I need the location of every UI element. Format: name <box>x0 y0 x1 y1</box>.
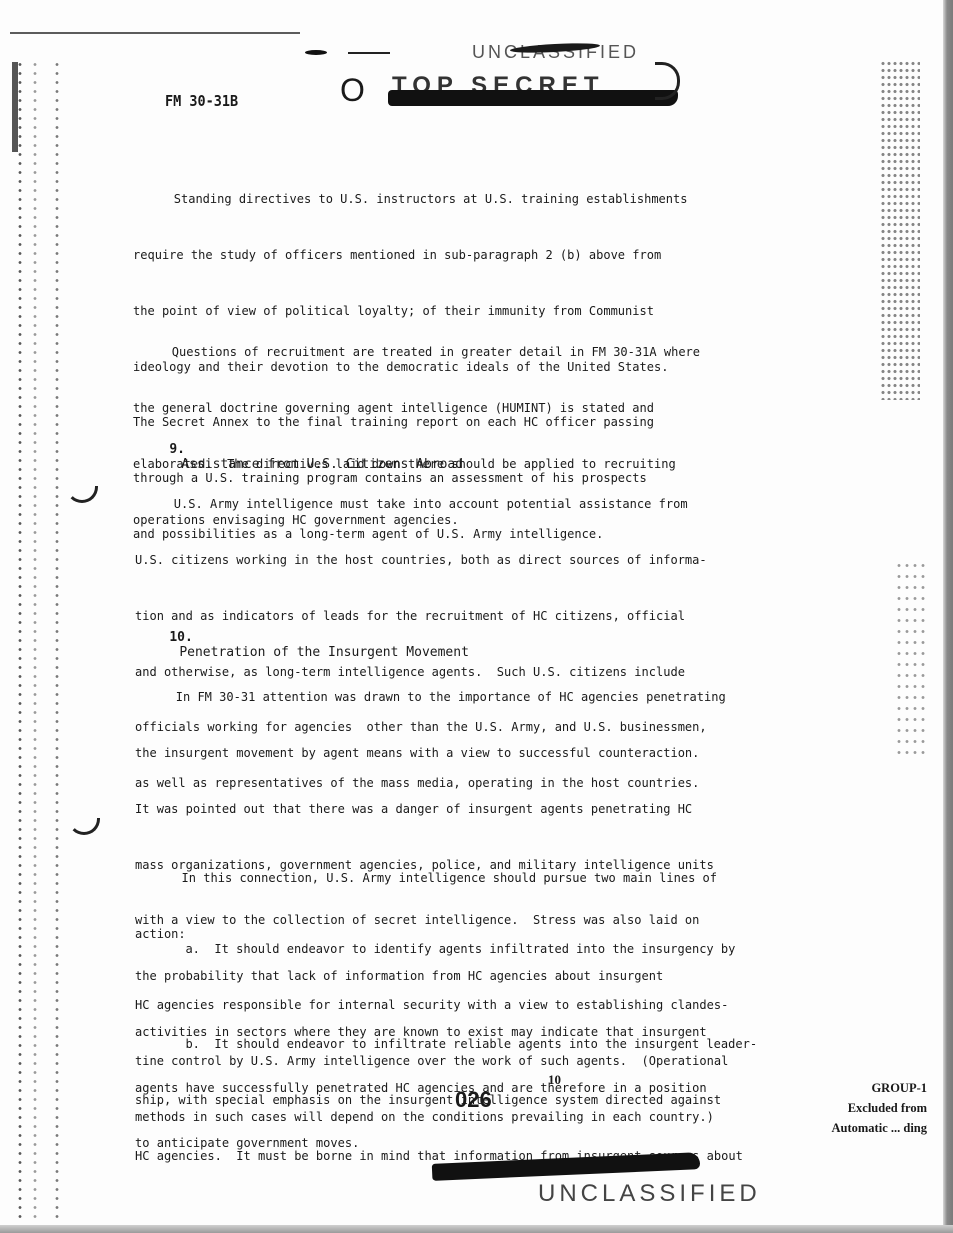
binding-speckle <box>33 60 37 1220</box>
scan-edge-right <box>943 0 953 1233</box>
redaction-mark <box>305 50 327 55</box>
text-line: b. It should endeavor to infiltrate reli… <box>135 1035 757 1054</box>
stamp-line: Automatic ... ding <box>762 1118 927 1138</box>
text-line: Questions of recruitment are treated in … <box>133 343 700 362</box>
page-number: 026 <box>455 1087 492 1113</box>
binding-speckle <box>55 60 59 1220</box>
punch-hole-mark <box>68 818 100 835</box>
text-line: In FM 30-31 attention was drawn to the i… <box>135 688 726 707</box>
text-line: a. It should endeavor to identify agents… <box>135 940 735 959</box>
text-line: U.S. citizens working in the host countr… <box>135 551 707 570</box>
punch-hole-mark <box>66 486 98 503</box>
text-line: U.S. Army intelligence must take into ac… <box>135 495 707 514</box>
scan-noise <box>895 560 925 760</box>
text-line: require the study of officers mentioned … <box>133 246 688 265</box>
manual-id: FM 30-31B <box>165 92 238 110</box>
stamp-line: Excluded from <box>762 1098 927 1118</box>
redaction-mark <box>348 52 390 54</box>
text-line: ship, with special emphasis on the insur… <box>135 1091 757 1110</box>
text-line: Standing directives to U.S. instructors … <box>133 190 688 209</box>
scanned-page: UNCLASSIFIED O TOP SECRET FM 30-31B Stan… <box>0 0 943 1225</box>
scan-edge-bottom <box>0 1225 953 1233</box>
text-line: the insurgent movement by agent means wi… <box>135 744 726 763</box>
scan-top-rule <box>10 32 300 34</box>
binding-speckle <box>18 60 22 1220</box>
text-line: In this connection, U.S. Army intelligen… <box>135 869 717 888</box>
classification-stamp-bottom: UNCLASSIFIED <box>538 1180 761 1208</box>
stamp-line: GROUP-1 <box>762 1078 927 1098</box>
section-number: 9. <box>169 442 185 457</box>
section-number: 10. <box>169 630 192 645</box>
text-line: the general doctrine governing agent int… <box>133 399 700 418</box>
group-downgrade-stamp: GROUP-1 Excluded from Automatic ... ding <box>762 1078 927 1138</box>
page-sub-number: 10 <box>548 1072 561 1088</box>
redaction-bar <box>388 90 678 106</box>
header-mark: O <box>340 72 365 109</box>
scan-noise <box>880 60 920 400</box>
text-line: It was pointed out that there was a dang… <box>135 800 726 819</box>
